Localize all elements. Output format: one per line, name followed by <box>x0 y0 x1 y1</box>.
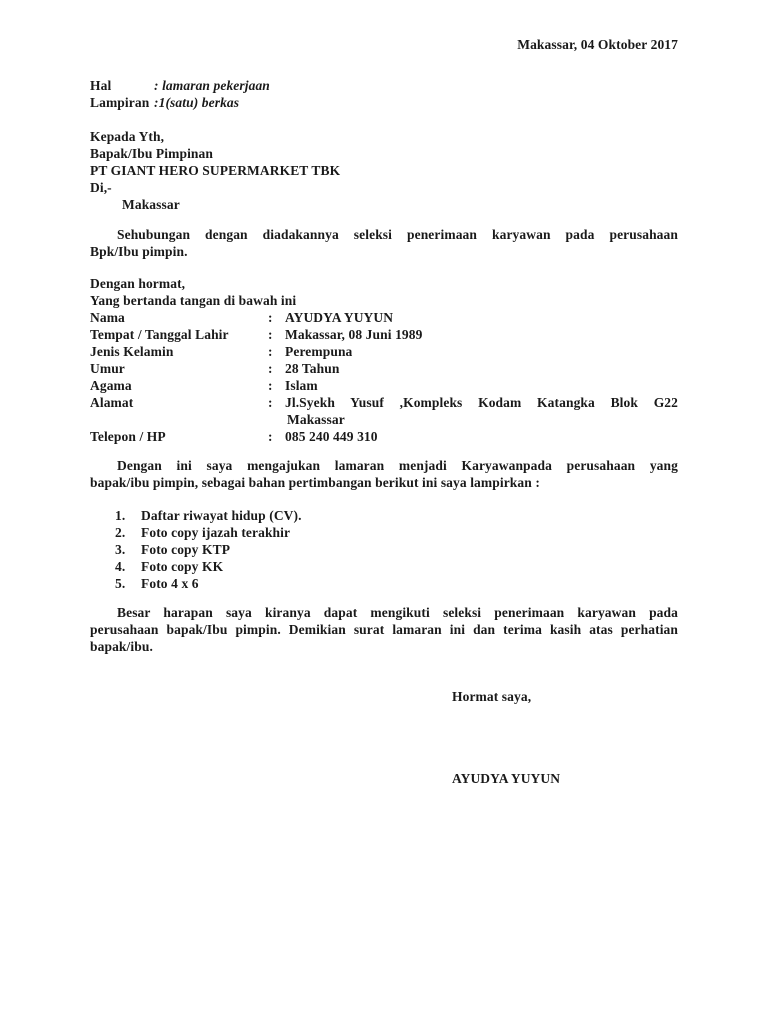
data-row: Umur : 28 Tahun <box>90 360 678 377</box>
row-label: Agama <box>90 377 268 394</box>
signature-name: AYUDYA YUYUN <box>452 770 678 787</box>
item-text: Foto copy KK <box>141 558 223 575</box>
address-line-2: Makassar <box>285 411 678 428</box>
row-value: AYUDYA YUYUN <box>285 309 678 326</box>
item-text: Foto 4 x 6 <box>141 575 199 592</box>
data-row: Alamat : Jl.Syekh Yusuf ,Kompleks Kodam … <box>90 394 678 428</box>
attachments-list: 1. Daftar riwayat hidup (CV). 2. Foto co… <box>90 507 678 592</box>
row-label: Nama <box>90 309 268 326</box>
row-value: Makassar, 08 Juni 1989 <box>285 326 678 343</box>
list-item: 5. Foto 4 x 6 <box>115 575 678 592</box>
letter-page: Makassar, 04 Oktober 2017 Hal : lamaran … <box>0 0 768 1024</box>
recipient-line: Di,- <box>90 179 678 196</box>
row-value: Islam <box>285 377 678 394</box>
salutation-block: Dengan hormat, Yang bertanda tangan di b… <box>90 275 678 309</box>
row-colon: : <box>268 309 285 326</box>
signature-block: Hormat saya, AYUDYA YUYUN <box>452 688 678 787</box>
data-row: Nama : AYUDYA YUYUN <box>90 309 678 326</box>
item-text: Foto copy KTP <box>141 541 230 558</box>
row-label: Tempat / Tanggal Lahir <box>90 326 268 343</box>
paragraph-line: perusahaan bapak/Ibu pimpin. Demikian su… <box>90 621 678 638</box>
row-colon: : <box>268 326 285 343</box>
row-colon: : <box>268 377 285 394</box>
row-label: Umur <box>90 360 268 377</box>
subject-value: : lamaran pekerjaan <box>154 77 270 94</box>
row-colon: : <box>268 360 285 377</box>
paragraph-line: Sehubungan dengan diadakannya seleksi pe… <box>90 226 678 243</box>
row-label: Telepon / HP <box>90 428 268 445</box>
closing-paragraph: Besar harapan saya kiranya dapat mengiku… <box>90 604 678 655</box>
item-text: Foto copy ijazah terakhir <box>141 524 290 541</box>
city-line: Makassar <box>90 196 678 213</box>
attachment-label: Lampiran <box>90 94 154 111</box>
list-item: 3. Foto copy KTP <box>115 541 678 558</box>
item-number: 1. <box>115 507 141 524</box>
item-text: Daftar riwayat hidup (CV). <box>141 507 302 524</box>
personal-data-table: Nama : AYUDYA YUYUN Tempat / Tanggal Lah… <box>90 309 678 445</box>
paragraph-line: Dengan ini saya mengajukan lamaran menja… <box>90 457 678 474</box>
row-value: Perempuna <box>285 343 678 360</box>
salutation-line: Dengan hormat, <box>90 275 678 292</box>
intro-line: Yang bertanda tangan di bawah ini <box>90 292 678 309</box>
item-number: 4. <box>115 558 141 575</box>
row-label: Alamat <box>90 394 268 428</box>
paragraph-line: bapak/ibu pimpin, sebagai bahan pertimba… <box>90 474 678 491</box>
address-line-1: Jl.Syekh Yusuf ,Kompleks Kodam Katangka … <box>285 394 678 411</box>
subject-label: Hal <box>90 77 154 94</box>
paragraph-line: Besar harapan saya kiranya dapat mengiku… <box>90 604 678 621</box>
item-number: 5. <box>115 575 141 592</box>
recipient-line: Bapak/Ibu Pimpinan <box>90 145 678 162</box>
row-colon: : <box>268 343 285 360</box>
row-value: 28 Tahun <box>285 360 678 377</box>
data-row: Tempat / Tanggal Lahir : Makassar, 08 Ju… <box>90 326 678 343</box>
list-item: 4. Foto copy KK <box>115 558 678 575</box>
opening-paragraph: Sehubungan dengan diadakannya seleksi pe… <box>90 226 678 260</box>
data-row: Telepon / HP : 085 240 449 310 <box>90 428 678 445</box>
row-colon: : <box>268 428 285 445</box>
meta-block: Hal : lamaran pekerjaan Lampiran :1(satu… <box>90 77 678 111</box>
data-row: Agama : Islam <box>90 377 678 394</box>
data-row: Jenis Kelamin : Perempuna <box>90 343 678 360</box>
subject-row: Hal : lamaran pekerjaan <box>90 77 678 94</box>
row-value: Jl.Syekh Yusuf ,Kompleks Kodam Katangka … <box>285 394 678 428</box>
letter-content: Makassar, 04 Oktober 2017 Hal : lamaran … <box>0 0 768 787</box>
recipient-block: Kepada Yth, Bapak/Ibu Pimpinan PT GIANT … <box>90 128 678 213</box>
item-number: 2. <box>115 524 141 541</box>
paragraph-line: bapak/ibu. <box>90 638 678 655</box>
item-number: 3. <box>115 541 141 558</box>
attachment-value: :1(satu) berkas <box>154 94 239 111</box>
application-paragraph: Dengan ini saya mengajukan lamaran menja… <box>90 457 678 491</box>
attachment-row: Lampiran :1(satu) berkas <box>90 94 678 111</box>
paragraph-line: Bpk/Ibu pimpin. <box>90 243 678 260</box>
row-label: Jenis Kelamin <box>90 343 268 360</box>
company-name: PT GIANT HERO SUPERMARKET TBK <box>90 162 678 179</box>
date-line: Makassar, 04 Oktober 2017 <box>90 36 678 53</box>
recipient-line: Kepada Yth, <box>90 128 678 145</box>
row-colon: : <box>268 394 285 428</box>
row-value: 085 240 449 310 <box>285 428 678 445</box>
list-item: 1. Daftar riwayat hidup (CV). <box>115 507 678 524</box>
signature-salutation: Hormat saya, <box>452 688 678 705</box>
list-item: 2. Foto copy ijazah terakhir <box>115 524 678 541</box>
